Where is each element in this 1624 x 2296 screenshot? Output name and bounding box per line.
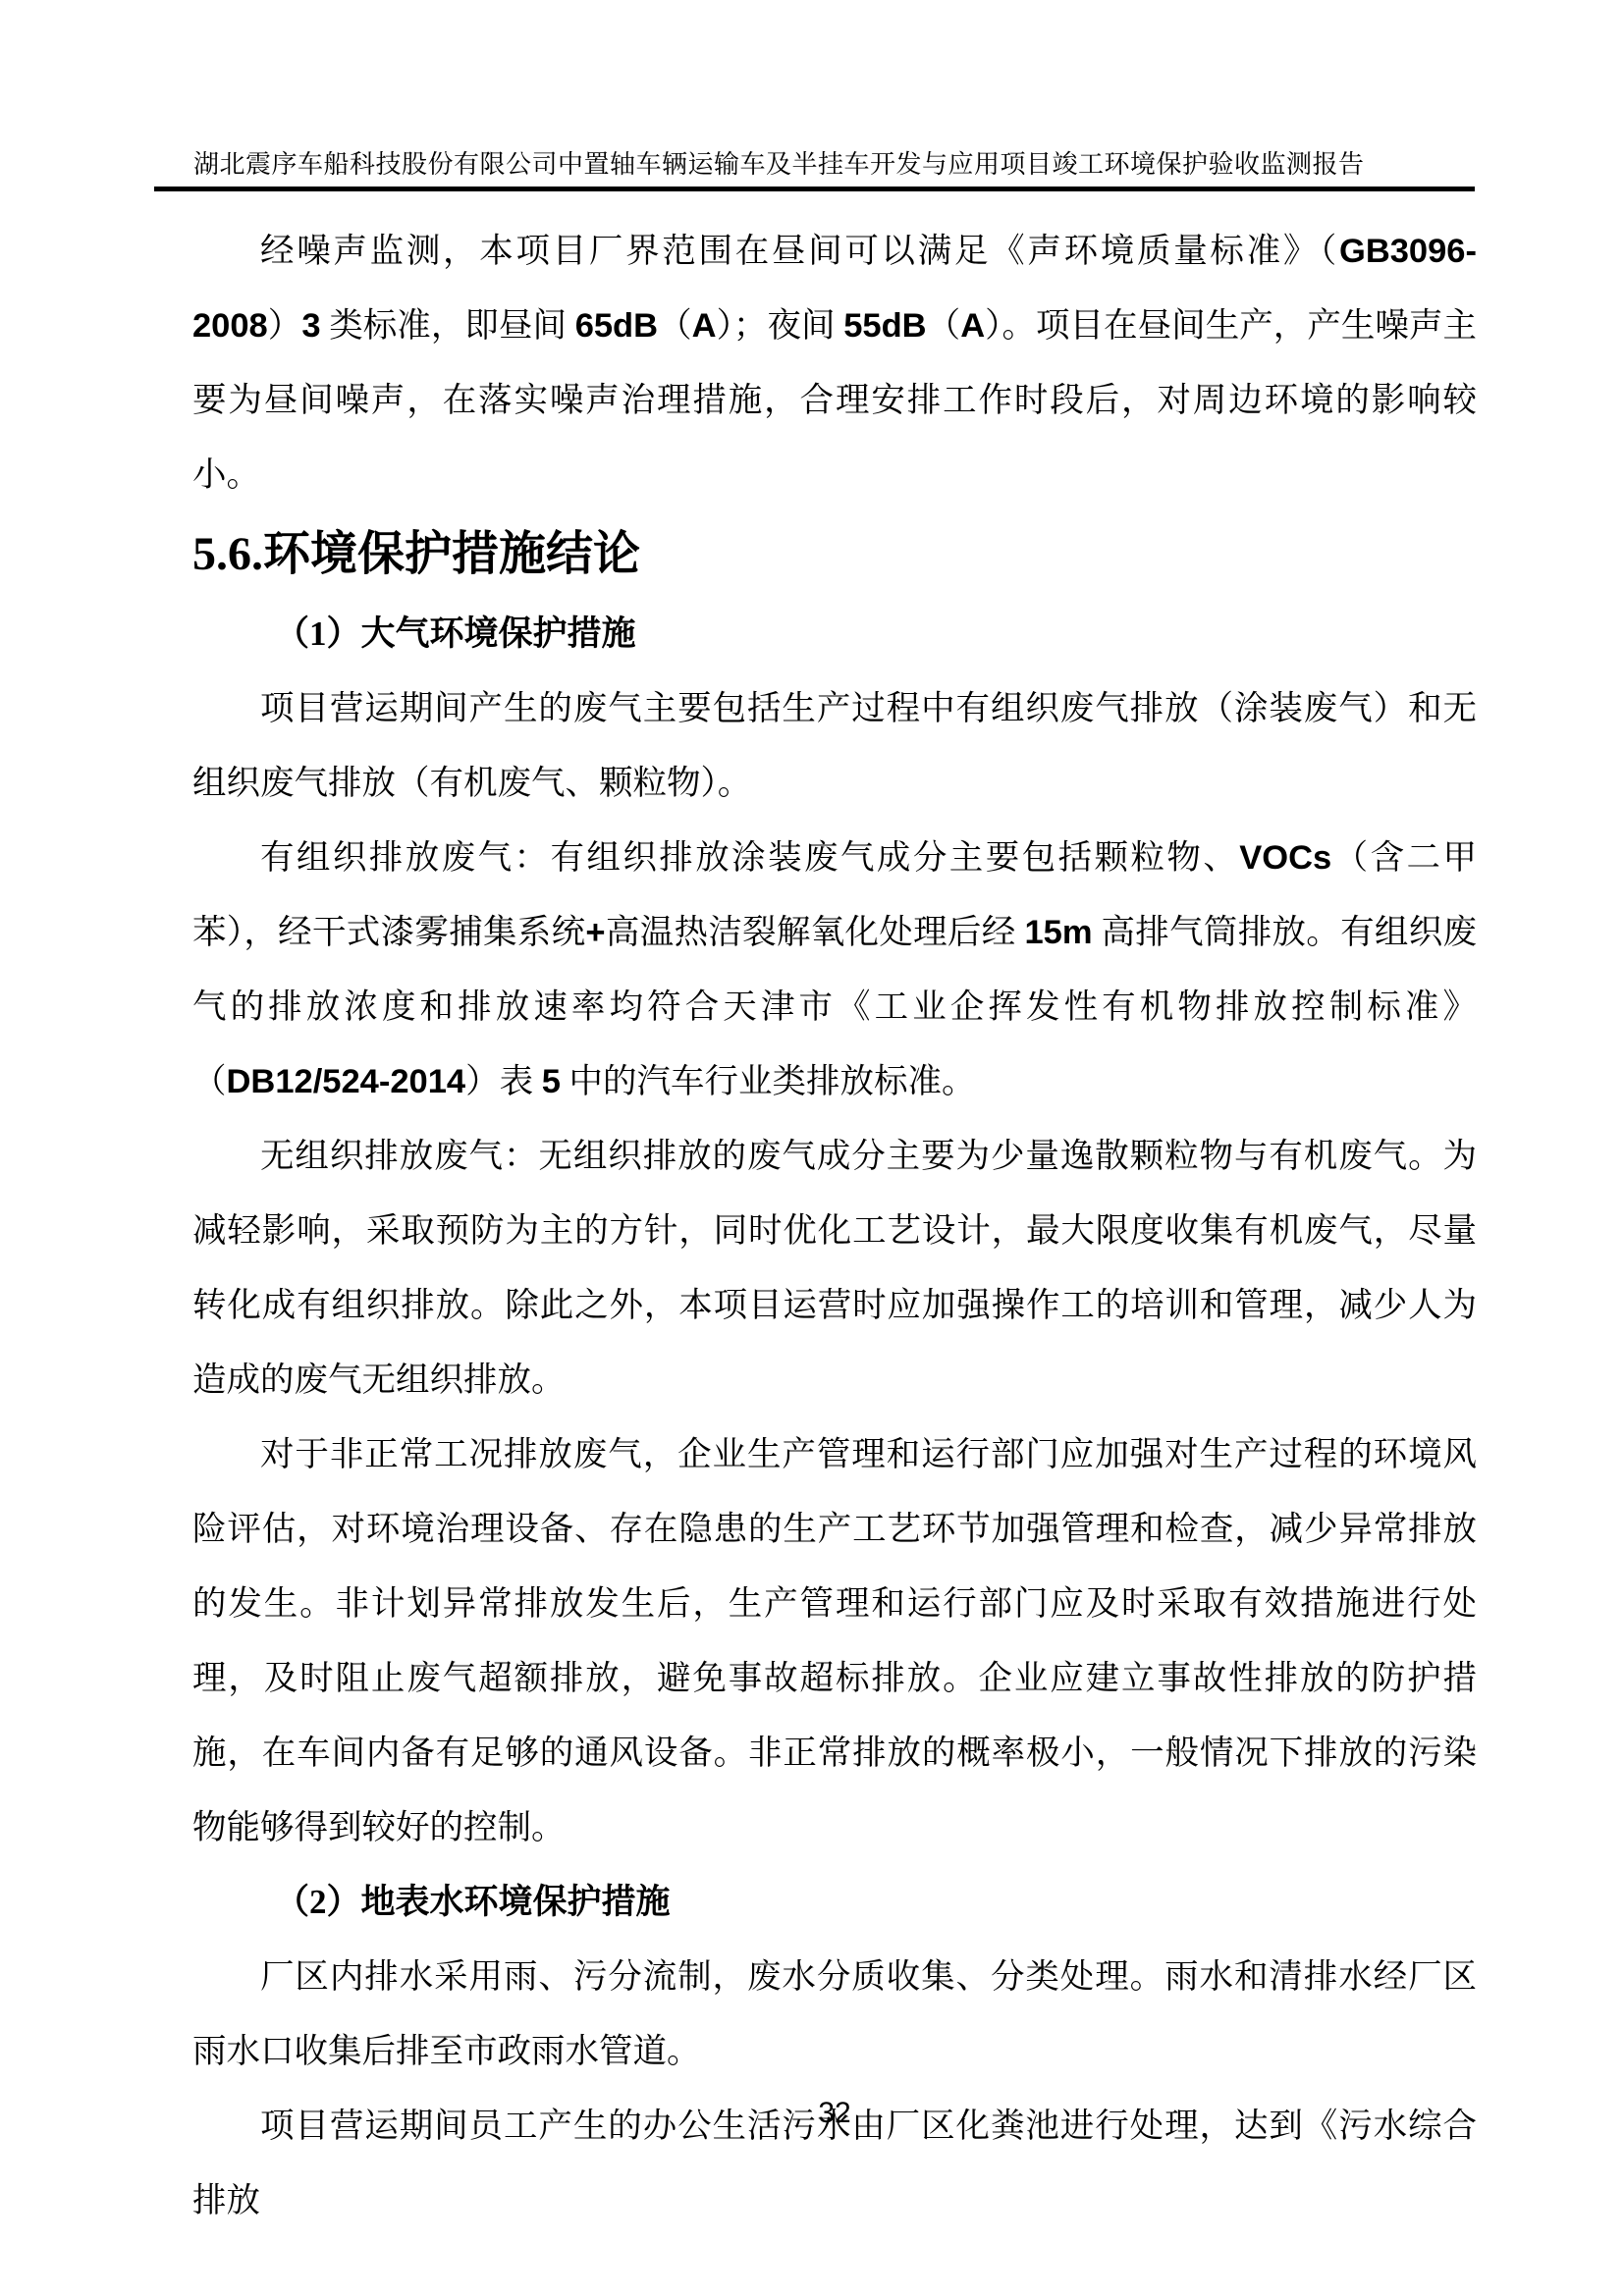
subheading-2-surface-water-protection: （2）地表水环境保护措施: [192, 1865, 1477, 1940]
document-body: 经噪声监测，本项目厂界范围在昼间可以满足《声环境质量标准》（GB3096-200…: [192, 214, 1477, 2238]
header-rule: [154, 187, 1475, 191]
header-title: 湖北震序车船科技股份有限公司中置轴车辆运输车及半挂车开发与应用项目竣工环境保护验…: [154, 147, 1475, 183]
paragraph-abnormal-condition: 对于非正常工况排放废气，企业生产管理和运行部门应加强对生产过程的环境风险评估，对…: [192, 1417, 1477, 1865]
paragraph-organized-emission: 有组织排放废气：有组织排放涂装废气成分主要包括颗粒物、VOCs（含二甲苯），经干…: [192, 821, 1477, 1119]
paragraph-noise-conclusion: 经噪声监测，本项目厂界范围在昼间可以满足《声环境质量标准》（GB3096-200…: [192, 214, 1477, 512]
page-number: 32: [818, 2097, 850, 2129]
page-header: 湖北震序车船科技股份有限公司中置轴车辆运输车及半挂车开发与应用项目竣工环境保护验…: [154, 147, 1475, 191]
subheading-1-air-protection: （1）大气环境保护措施: [192, 597, 1477, 671]
section-heading-5-6: 5.6.环境保护措施结论: [192, 512, 1477, 597]
paragraph-unorganized-emission: 无组织排放废气：无组织排放的废气成分主要为少量逸散颗粒物与有机废气。为减轻影响，…: [192, 1119, 1477, 1417]
page-footer: 32: [192, 2097, 1477, 2130]
document-page: 湖北震序车船科技股份有限公司中置轴车辆运输车及半挂车开发与应用项目竣工环境保护验…: [0, 0, 1624, 2296]
paragraph-air-overview: 项目营运期间产生的废气主要包括生产过程中有组织废气排放（涂装废气）和无组织废气排…: [192, 671, 1477, 821]
paragraph-drainage-system: 厂区内排水采用雨、污分流制，废水分质收集、分类处理。雨水和清排水经厂区雨水口收集…: [192, 1940, 1477, 2089]
